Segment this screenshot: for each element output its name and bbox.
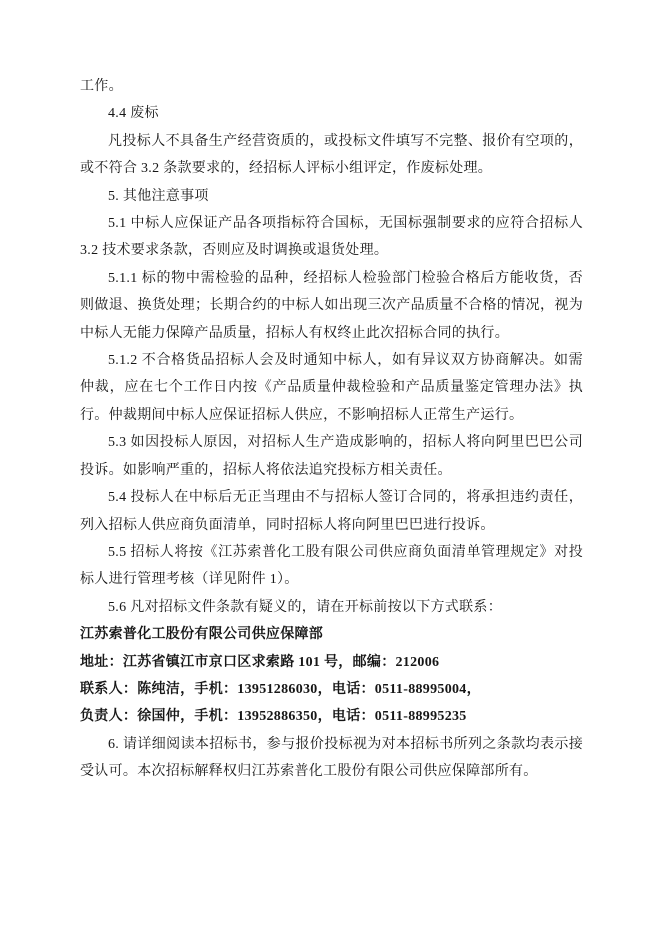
contact-department: 江苏索普化工股份有限公司供应保障部: [80, 621, 583, 648]
document-content: 工作。 4.4 废标 凡投标人不具备生产经营资质的，或投标文件填写不完整、报价有…: [80, 73, 583, 786]
clause-6: 6. 请详细阅读本招标书，参与报价投标视为对本招标书所列之条款均表示接受认可。本…: [80, 731, 583, 786]
contact-person: 联系人：陈纯洁，手机：13951286030，电话：0511-88995004，: [80, 676, 583, 703]
clause-5-3: 5.3 如因投标人原因，对招标人生产造成影响的，招标人将向阿里巴巴公司投诉。如影…: [80, 429, 583, 484]
clause-5-1-2: 5.1.2 不合格货品招标人会及时通知中标人，如有异议双方协商解决。如需仲裁，应…: [80, 347, 583, 429]
clause-5-heading: 5. 其他注意事项: [80, 183, 583, 210]
contact-leader: 负责人：徐国仲，手机：13952886350，电话：0511-88995235: [80, 703, 583, 730]
clause-5-6: 5.6 凡对招标文件条款有疑义的，请在开标前按以下方式联系：: [80, 594, 583, 621]
clause-4-4-body: 凡投标人不具备生产经营资质的，或投标文件填写不完整、报价有空项的，或不符合 3.…: [80, 128, 583, 183]
clause-5-1-1: 5.1.1 标的物中需检验的品种，经招标人检验部门检验合格后方能收货，否则做退、…: [80, 265, 583, 347]
clause-5-5: 5.5 招标人将按《江苏索普化工股有限公司供应商负面清单管理规定》对投标人进行管…: [80, 539, 583, 594]
clause-5-1: 5.1 中标人应保证产品各项指标符合国标，无国标强制要求的应符合招标人 3.2 …: [80, 210, 583, 265]
clause-4-4-heading: 4.4 废标: [80, 100, 583, 127]
contact-address: 地址：江苏省镇江市京口区求索路 101 号，邮编：212006: [80, 649, 583, 676]
clause-5-4: 5.4 投标人在中标后无正当理由不与招标人签订合同的，将承担违约责任，列入招标人…: [80, 484, 583, 539]
document-page: 工作。 4.4 废标 凡投标人不具备生产经营资质的，或投标文件填写不完整、报价有…: [0, 0, 662, 936]
paragraph-continuation: 工作。: [80, 73, 583, 100]
